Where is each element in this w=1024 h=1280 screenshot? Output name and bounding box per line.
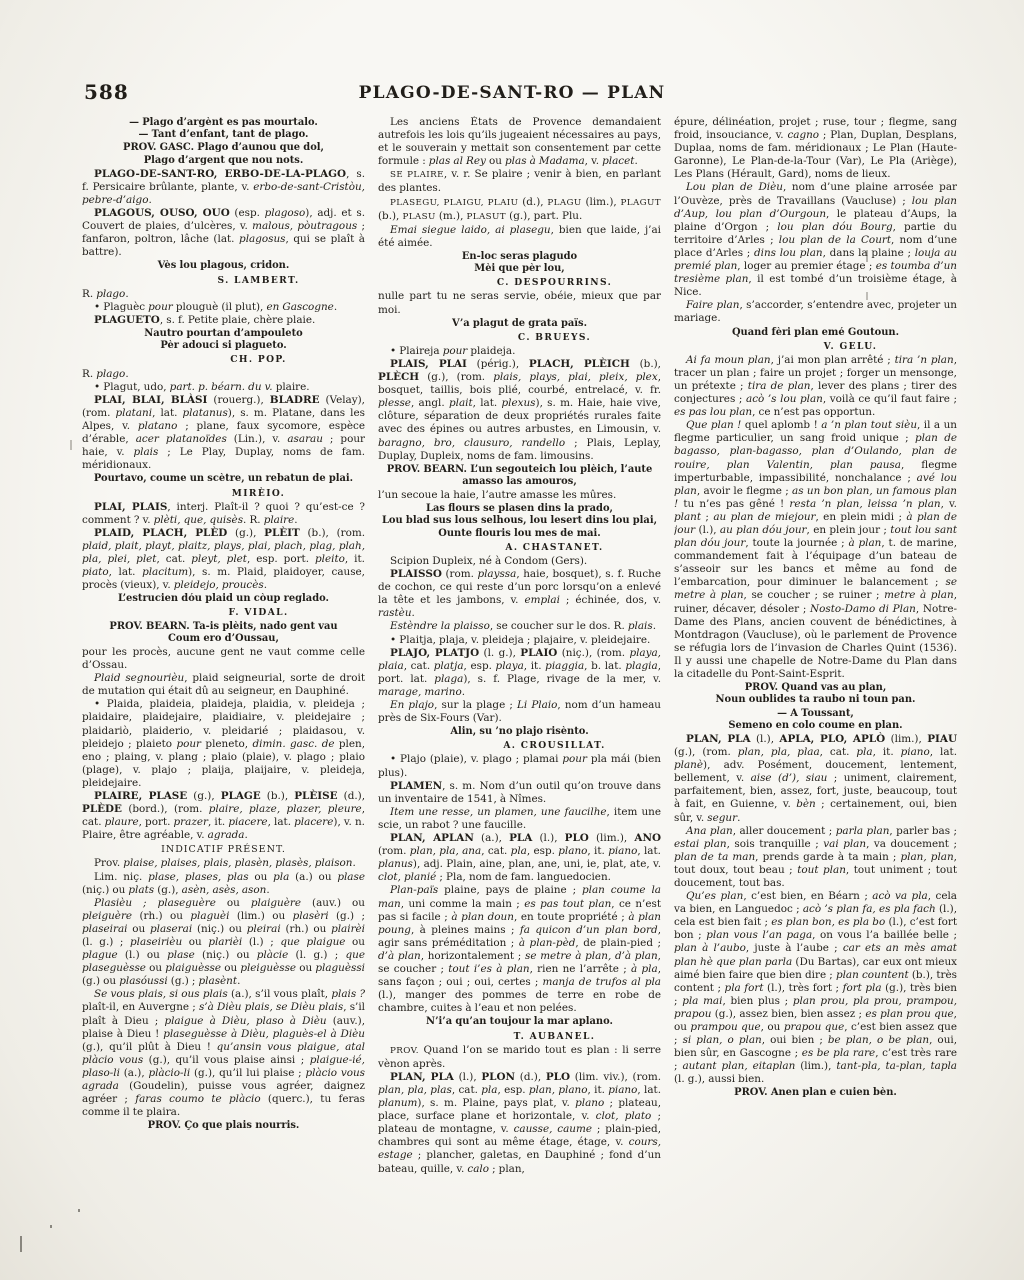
text-run: , cat. [404, 660, 434, 672]
verse-line: Quand fèri plan emé Goutoun. [674, 327, 957, 339]
text-run: plaseirai [82, 923, 127, 935]
headword: PLAI, BLAI, BLÀSI [94, 394, 207, 406]
text-run: , lat. [109, 566, 142, 578]
text-run: . [125, 288, 128, 300]
verse-line: — Tant d’enfant, tant de plago. [82, 129, 365, 141]
text-run: (niç.) ou [82, 884, 128, 896]
text-run: , cat. [820, 746, 857, 758]
text-run: (l.), très fort ; [764, 982, 843, 994]
text-run: plait [449, 397, 473, 409]
text-run: pour les procès, aucune gent ne vaut com… [82, 646, 365, 671]
text-run: • Plagut, udo, [94, 381, 170, 393]
verse-quote: Pourtavo, coume un scètre, un rebatun de… [82, 473, 365, 485]
text-run: (rom. [442, 568, 478, 580]
text-run: PLAGUT [621, 198, 661, 208]
text-run: SE PLAIRE [390, 170, 444, 180]
paragraph: PROV. Quand l’on se marido tout es plan … [378, 1044, 661, 1071]
verse-quote: Quand fèri plan emé Goutoun. [674, 327, 957, 339]
text-run: pla fort [725, 982, 764, 994]
text-run: a ’n plan tout sièu [821, 419, 917, 431]
text-run: , b. lat. [584, 660, 625, 672]
text-run: pleiguèsse [240, 962, 296, 974]
paragraph: Ana plan, aller doucement ; parla plan, … [674, 825, 957, 890]
text-run: plaise, plaises, plais, plasèn, plasès, … [123, 857, 352, 869]
headword: PLACH, PLÈICH [529, 358, 630, 370]
column-middle: Les anciens États de Provence demandaien… [378, 116, 661, 1196]
text-run: ou [146, 962, 165, 974]
text-run: pour [176, 738, 201, 750]
verse-line: PROV. Ço que plais nourris. [82, 1120, 365, 1132]
text-run: à pla [631, 963, 658, 975]
text-run: (d.), [518, 196, 547, 208]
paragraph: En plajo, sur la plage ; Li Plaio, nom d… [378, 699, 661, 725]
text-run: ), s. f. Plage, rivage de la mer, v. [463, 673, 661, 685]
text-run: plan, pla, ana [410, 845, 481, 857]
text-run: pla [856, 746, 872, 758]
paragraph: • Plaireja pour plaideja. [378, 345, 661, 358]
text-run: (rom. [378, 845, 410, 857]
headword: PLAGE [221, 790, 261, 802]
paragraph-continuation: pour les procès, aucune gent ne vaut com… [82, 646, 365, 672]
text-run: plais [134, 446, 159, 458]
text-run: PLAGU [547, 198, 581, 208]
text-run: aise (d’), siau [751, 772, 828, 784]
verse-line: Coum ero d’Oussau, [82, 633, 365, 645]
entry-paragraph: PLAN, APLAN (a.), PLA (l.), PLO (lim.), … [378, 832, 661, 884]
text-run: Li Plaio [517, 699, 557, 711]
verse-line: PROV. GASC. Plago d’aunou que dol, [82, 142, 365, 154]
column-right: épure, délinéation, projet ; ruse, tour … [674, 116, 957, 1196]
text-run: plexus [502, 397, 536, 409]
text-run: au plan de miejour [713, 511, 815, 523]
text-run: fa quicon d’un plan bord [520, 924, 658, 936]
paragraph: Estèndre la plaisso, se coucher sur le d… [378, 620, 661, 633]
text-run: pour [562, 753, 587, 765]
text-run: plaguèi [190, 910, 229, 922]
text-run: placitum [142, 566, 188, 578]
text-run: , à pleines mains ; [411, 924, 520, 936]
text-run: (l.), manger des pommes de terre en robe… [378, 989, 661, 1014]
verse-quote: Alin, su ’no plajo risènto. [378, 726, 661, 738]
text-run: (lim.), [589, 832, 635, 844]
text-run: ; plan, [489, 1163, 525, 1175]
text-run: plàcio-li [148, 1067, 190, 1079]
text-run: d’à plan [378, 950, 421, 962]
paragraph-continuation: épure, délinéation, projet ; ruse, tour … [674, 116, 957, 181]
text-run: plan, pla, plaa [738, 746, 820, 758]
headword: PLA [509, 832, 532, 844]
text-run: (lim.), [885, 733, 927, 745]
verse-line: Lou blad sus lous selhous, lou lesert di… [378, 515, 661, 527]
text-run: es be pla rare [802, 1047, 876, 1059]
text-run: . [266, 884, 269, 896]
text-run: , v. [941, 498, 957, 510]
text-run: , lat. [637, 1084, 661, 1096]
text-run: , voilà ce qu’il faut faire ; [823, 393, 957, 405]
text-run: Item une resse, un plamen, une faucilhe [390, 806, 607, 818]
text-run: tira ’n plan [895, 354, 954, 366]
text-run: PROV. [390, 1046, 419, 1056]
scan-artifact [50, 1225, 52, 1228]
text-run: pour [148, 301, 173, 313]
text-run: , se coucher ; se ruiner ; [744, 589, 885, 601]
text-run: R. [82, 368, 96, 380]
paragraph: SE PLAIRE, v. r. Se plaire ; venir à bie… [378, 168, 661, 195]
text-run: , ce n’est pas opportun. [752, 406, 875, 418]
text-run: plaseirièu [130, 936, 182, 948]
column-left: — Plago d’argènt es pas mourtalo.— Tant … [82, 116, 365, 1196]
text-run: . [264, 579, 267, 591]
text-run: pleito [315, 553, 345, 565]
verse-line: PROV. BÉARN. L’un segouteich lou plèich,… [378, 464, 661, 476]
paragraph: • Plaitja, plaja, v. pleideja ; plajaire… [378, 634, 661, 647]
text-run: . [245, 829, 248, 841]
verse-line: Mèi que pèr lou, [378, 263, 661, 275]
text-run: (l.), [454, 1071, 482, 1083]
headword: PLON [481, 1071, 515, 1083]
text-run: plaine, pays de plaine ; [438, 884, 582, 896]
text-run: , bien plus ; [722, 995, 792, 1007]
entry-paragraph: PLAIS, PLAI (périg.), PLACH, PLÈICH (b.)… [378, 358, 661, 463]
text-run: (Lin.), v. [227, 433, 288, 445]
text-run: plas à Madama [505, 155, 585, 167]
text-run: plan countent [836, 969, 909, 981]
entry-paragraph: PLAI, BLAI, BLÀSI (rouerg.), BLADRE (Vel… [82, 394, 365, 473]
paragraph: Scipion Dupleix, né à Condom (Gers). [378, 555, 661, 568]
text-run: , oui bien ; [762, 1034, 828, 1046]
scan-artifact [866, 292, 868, 300]
scan-artifact [866, 250, 868, 262]
verse-quote: PROV. Ço que plais nourris. [82, 1120, 365, 1132]
text-run: plas al Rey [429, 155, 486, 167]
paragraph: Qu’es plan, c’est bien, en Béarn ; acò v… [674, 890, 957, 1086]
verse-quote: PROV. GASC. Plago d’aunou que dol,Plago … [82, 142, 365, 166]
text-run: ou [182, 936, 208, 948]
text-run: ; échinée, dos, v. [560, 594, 661, 606]
text-run: plaire. [276, 381, 310, 393]
citation-author: A. CHASTANET. [448, 541, 661, 554]
text-run: es pas lou plan [674, 406, 752, 418]
verse-quote: PROV. Anen plan e cuien bèn. [674, 1087, 957, 1099]
text-run: Lim. niç. [94, 871, 148, 883]
entry-paragraph: PLAIRE, PLASE (g.), PLAGE (b.), PLÈISE (… [82, 790, 365, 842]
verse-line: Semeno en colo coume en plan. [674, 720, 957, 732]
text-run: , esp. port. [247, 553, 315, 565]
text-run: Prov. [94, 857, 123, 869]
text-run: (esp. [230, 207, 265, 219]
text-run: pleirai [247, 923, 281, 935]
text-run: • Plaitja, plaja, v. pleideja ; plajaire… [390, 634, 650, 646]
text-run: , juste à l’aube ; [746, 942, 843, 954]
text-run: pla [273, 871, 289, 883]
text-run: Faire plan [686, 299, 739, 311]
headword: PLAIS, PLAI [390, 358, 467, 370]
citation-author: F. VIDAL. [152, 606, 365, 619]
text-run: manja de trufos al pla [543, 976, 662, 988]
paragraph: Les anciens États de Provence demandaien… [378, 116, 661, 168]
scan-artifact [78, 1209, 80, 1212]
citation-author: S. LAMBERT. [152, 274, 365, 287]
text-run: Plaid segnourièu [94, 672, 184, 684]
text-run: prazer [174, 816, 208, 828]
text-run: (g.), qu’il plût à Dieu ! [82, 1041, 217, 1053]
text-run: Ana plan [686, 825, 733, 837]
entry-paragraph: PLAGUETO, s. f. Petite plaie, chère plai… [82, 314, 365, 327]
text-run: (a.), [474, 832, 509, 844]
text-run: Lou plan de Dièu [686, 181, 783, 193]
paragraph: Plasièu ; plaseguère ou plaiguère (auv.)… [82, 897, 365, 989]
text-run: plago [96, 368, 125, 380]
text-run: dins lou plan [754, 247, 823, 259]
text-run: , c’est bien, en Béarn ; [743, 890, 872, 902]
text-run: Que plan ! [686, 419, 741, 431]
text-run: nulle part tu ne seras servie, obéie, mi… [378, 290, 661, 315]
text-run: plàcie [257, 949, 288, 961]
scan-artifact [20, 1236, 22, 1252]
text-run: be plan, o be plan [828, 1034, 929, 1046]
paragraph: Prov. plaise, plaises, plais, plasèn, pl… [82, 857, 365, 870]
text-run: plais ? [331, 988, 365, 1000]
text-run: planus [378, 858, 413, 870]
verse-quote: PROV. BÉARN. Ta-is plèits, nado gent vau… [82, 621, 365, 645]
verse-quote: L’estrucien dóu plaid un còup reglado. [82, 593, 365, 605]
text-run: es pas tout plan [524, 898, 611, 910]
verse-line: Ounte flouris lou mes de mai. [378, 528, 661, 540]
text-run: En plajo [390, 699, 434, 711]
text-run: (a.), s’il vous plaît, [228, 988, 332, 1000]
headword: PLÈDE [82, 803, 122, 815]
verse-line: Pèr adouci si plagueto. [82, 340, 365, 352]
text-run: ; Pla, nom de fam. languedocien. [436, 871, 611, 883]
text-run: , lat. [473, 397, 502, 409]
paragraph: PLASEGU, PLAIGU, PLAIU (d.), PLAGU (lim.… [378, 196, 661, 224]
text-run: , j’ai mon plan arrêté ; [771, 354, 895, 366]
text-run: (g.) ; [329, 910, 365, 922]
verse-quote: V’a plagut de grata païs. [378, 318, 661, 330]
text-run: agrada [208, 829, 245, 841]
text-run: (a.), [120, 1067, 149, 1079]
verse-line: PROV. BÉARN. Ta-is plèits, nado gent vau [82, 621, 365, 633]
text-run: plant [674, 511, 701, 523]
text-run: plano [575, 1097, 604, 1109]
text-run: Emai siegue laido, ai plasegu [390, 224, 551, 236]
text-run: (l.), [532, 832, 564, 844]
text-run: que plaigue [280, 936, 345, 948]
text-run: . [353, 857, 356, 869]
text-run: . [653, 620, 656, 632]
text-run: (l. g.) ; [82, 936, 130, 948]
text-run: plaure [105, 816, 139, 828]
entry-paragraph: PLAI, PLAIS, interj. Plaît-il ? quoi ? q… [82, 501, 365, 527]
text-run: , it. [587, 1084, 608, 1096]
text-run: PLASUT [467, 212, 507, 222]
text-run: (auv.) ou [301, 897, 365, 909]
text-run: tu n’es pas gêné ! [678, 498, 789, 510]
headword: PLAISSO [390, 568, 442, 580]
text-run: plasóussi [119, 975, 167, 987]
text-run: es plan bon, es pla bo [771, 916, 885, 928]
text-run: (l. g.), [479, 647, 520, 659]
text-run: es plan prou que [865, 1008, 953, 1020]
text-run: , loger au premier étage ; [737, 260, 875, 272]
text-run: à plan-pèd [519, 937, 576, 949]
text-run: , toute la journée ; [745, 537, 848, 549]
text-run: . [737, 812, 740, 824]
text-run: Qu’es plan [686, 890, 743, 902]
text-run: plan, plano [529, 1084, 588, 1096]
paragraph: Emai siegue laido, ai plasegu, bien que … [378, 224, 661, 250]
entry-paragraph: PLAGOUS, OUSO, OUO (esp. plagoso), adj. … [82, 207, 365, 259]
paragraph: Se vous plais, si ous plais (a.), s’il v… [82, 988, 365, 1119]
text-run: , sur la plage ; [434, 699, 517, 711]
text-run: . [462, 686, 465, 698]
text-run: metre à plan [884, 589, 954, 601]
text-run: R. [82, 288, 96, 300]
verse-line: Alin, su ’no plajo risènto. [378, 726, 661, 738]
verse-line: Vès lou plagous, cridon. [82, 260, 365, 272]
text-run: plats [128, 884, 154, 896]
citation-author: MIRÈIO. [152, 487, 365, 500]
text-run: marage, marino [378, 686, 462, 698]
text-run: tira de plan [748, 380, 811, 392]
text-run: pleidejo, proucès [174, 579, 264, 591]
text-run: , cat. [452, 1084, 481, 1096]
text-run: (l.), [695, 524, 720, 536]
verse-quote: — Plago d’argènt es pas mourtalo.— Tant … [82, 117, 365, 141]
verse-line: — A Toussant, [674, 708, 957, 720]
paragraph-continuation: R. plago. [82, 288, 365, 301]
paragraph: Plan-païs plaine, pays de plaine ; plan … [378, 884, 661, 1015]
text-run: . [125, 368, 128, 380]
text-run: l’un secoue la haie, l’autre amasse les … [378, 489, 616, 501]
text-run: , it. [208, 816, 228, 828]
paragraph-continuation: l’un secoue la haie, l’autre amasse les … [378, 489, 661, 502]
text-run: (b.), [378, 210, 402, 222]
text-run: plaserai [150, 923, 192, 935]
text-run: en Gascogne [266, 301, 333, 313]
text-run: plairèi [331, 923, 365, 935]
verse-line: Pourtavo, coume un scètre, un rebatun de… [82, 473, 365, 485]
text-run: , esp. [464, 660, 496, 672]
headword: PLAIRE, PLASE [94, 790, 187, 802]
text-run: (a.) ou [289, 871, 337, 883]
entry-paragraph: PLAID, PLACH, PLÈD (g.), PLÈIT (b.), (ro… [82, 527, 365, 592]
text-run: plèti, que, quisès [154, 514, 243, 526]
text-run: platja [434, 660, 464, 672]
entry-paragraph: PLAGO-DE-SANT-RO, ERBO-DE-LA-PLAGO, s. f… [82, 168, 365, 207]
text-run: , it. [587, 845, 608, 857]
text-run: resta ’n plan, leissa ’n plan [789, 498, 940, 510]
text-run: (lim.), [582, 196, 621, 208]
text-run: plague [82, 949, 118, 961]
citation-author: CH. POP. [152, 353, 365, 366]
text-run: plase, plases, plas [148, 871, 248, 883]
verse-line: N’i’a qu’an toujour la mar aplano. [378, 1016, 661, 1028]
citation-author: V. GELU. [744, 340, 957, 353]
text-run: plaideja. [467, 345, 515, 357]
verse-quote: Nautro pourtan d’ampouletoPèr adouci si … [82, 328, 365, 352]
text-run: piano [608, 1084, 637, 1096]
text-run: , esp. [527, 845, 558, 857]
text-run: prampou que [690, 1021, 760, 1033]
headword: BLADRE [270, 394, 320, 406]
entry-paragraph: PLAISSO (rom. playssa, haie, bosquet), s… [378, 568, 661, 620]
text-run: tout i’es à plan [448, 963, 529, 975]
text-run: Quand l’on se marido tout es plan : li s… [378, 1044, 661, 1070]
verse-quote: Vès lou plagous, cridon. [82, 260, 365, 272]
text-run: au plan dóu jour [720, 524, 807, 536]
text-run: segur [707, 812, 737, 824]
running-header: PLAGO-DE-SANT-RO — PLAN [0, 83, 1024, 103]
text-run: , s. f. Petite plaie, chère plaie. [160, 314, 316, 326]
text-run: placet [602, 155, 634, 167]
text-run: (rh.) ou [132, 910, 190, 922]
paragraph: Ai fa moun plan, j’ai mon plan arrêté ; … [674, 354, 957, 419]
text-run: . [634, 155, 637, 167]
paragraph: • Plajo (plaie), v. plago ; plamai pour … [378, 753, 661, 779]
text-run: piaggia [545, 660, 584, 672]
text-run: rastèu [378, 607, 412, 619]
text-run: plan à l’aubo [674, 942, 746, 954]
text-run: tant-pla, ta-plan, tapla [836, 1060, 957, 1072]
text-run: Estèndre la plaisso [390, 620, 490, 632]
text-run: plarièi [208, 936, 242, 948]
text-run: (g.), assez bien, bien assez ; [711, 1008, 865, 1020]
text-run: fort pla [843, 982, 882, 994]
entry-paragraph: PLAN, PLA (l.), APLA, PLO, APLÒ (lim.), … [674, 733, 957, 825]
headword: PLAGOUS, OUSO, OUO [94, 207, 230, 219]
text-run: asèn, asès, ason [182, 884, 267, 896]
text-run: planum [378, 1097, 417, 1109]
text-run: , uni comme la main ; [401, 898, 524, 910]
text-run: platani [116, 407, 153, 419]
headword: ANO [634, 832, 661, 844]
text-run: autant plan, eitaplan [682, 1060, 795, 1072]
verse-quote: PROV. Quand vas au plan,Noun oublides ta… [674, 682, 957, 706]
text-run: plaseguèsse à Dièu, plaguès-el à Dièu [163, 1028, 365, 1040]
headword: PLAGO-DE-SANT-RO, ERBO-DE-LA-PLAGO [94, 168, 346, 180]
text-run: vai plan [823, 838, 866, 850]
headword: PLO [565, 832, 589, 844]
text-run: plano [558, 845, 587, 857]
text-run: causse, caume [514, 1123, 592, 1135]
text-run: , se coucher sur le dos. R. [490, 620, 628, 632]
text-run: PLASU [402, 212, 435, 222]
text-run: plago [96, 288, 125, 300]
text-run: ), adj. Plain, aine, plan, ane, uni, ie,… [413, 858, 661, 870]
text-run: , en plein midi ; [816, 511, 907, 523]
scan-artifact [70, 440, 72, 450]
text-run: plan vous l’an paga [706, 929, 812, 941]
headword: PLAIO [520, 647, 557, 659]
headword: PLÈIT [264, 527, 300, 539]
text-run: baragno, bro, clausuro, randello [378, 437, 565, 449]
verse-line: Las flours se plasen dins la prado, [378, 503, 661, 515]
text-run: . [294, 514, 297, 526]
text-run: PLASEGU, PLAIGU, PLAIU [390, 198, 518, 208]
text-run: ou [127, 923, 150, 935]
text-run: playa [496, 660, 524, 672]
text-run: (l.) ; [242, 936, 280, 948]
text-run: (niç.), (rom. [557, 647, 629, 659]
text-run: Plan-païs [390, 884, 438, 896]
headword: PLAMEN [390, 780, 442, 792]
text-run: tout plan [797, 864, 846, 876]
text-run: (g.), (rom. [674, 746, 738, 758]
text-run: parla plan [836, 825, 890, 837]
text-run: pleyt, plet [191, 553, 247, 565]
paragraph-continuation: nulle part tu ne seras servie, obéie, mi… [378, 290, 661, 316]
